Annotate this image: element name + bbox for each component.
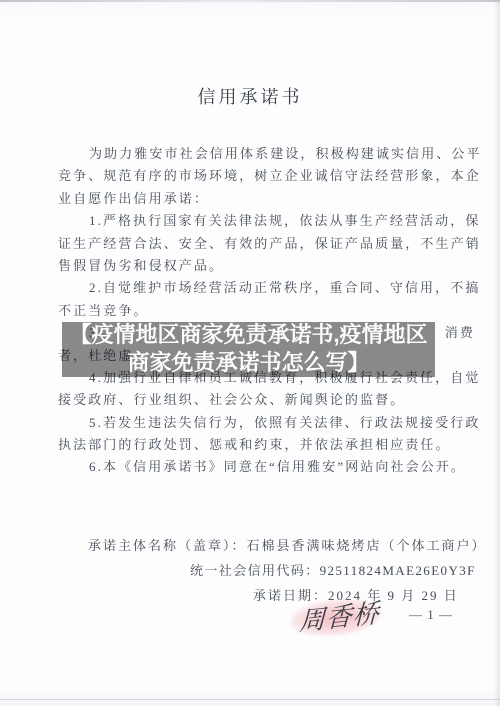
watermark-text-line1: 【疫情地区商家免责承诺书,疫情地区 [62, 321, 435, 349]
doc-line: 竞争、规范有序的市场环境，树立企业诚信守法经营形象，本企 [58, 165, 472, 187]
doc-line: 接受政府、行业组织、社会公众、新闻舆论的监督。 [58, 389, 472, 411]
doc-line: 证生产经营合法、安全、有效的产品，保证产品质量，不生产销 [58, 233, 472, 255]
scan-top-edge-artifact [0, 0, 500, 2]
doc-line: 售假冒伪劣和侵权产品。 [58, 255, 472, 277]
doc-line: 1.严格执行国家有关法律法规，依法从事生产经营活动，保 [58, 210, 472, 232]
watermark-text-line2: 商家免责承诺书怎么写】 [62, 349, 435, 377]
credit-code-line: 统一社会信用代码：92511824MAE26E0Y3F [190, 563, 476, 579]
doc-line: 不正当竞争。 [58, 300, 472, 322]
entity-name-line: 承诺主体名称（盖章）：石棉县香满味烧烤店（个体工商户） [88, 538, 487, 554]
page-number: — 1 — [409, 607, 453, 623]
doc-line: 为助力雅安市社会信用体系建设，积极构建诚实信用、公平 [58, 143, 472, 165]
watermark-banner: 【疫情地区商家免责承诺书,疫情地区 商家免责承诺书怎么写】 [62, 321, 435, 377]
doc-line: 6.本《信用承诺书》同意在“信用雅安”网站向社会公开。 [58, 456, 472, 478]
covered-line-right-fragment: 消费 [445, 322, 475, 344]
doc-line: 2.自觉维护市场经营活动正常秩序，重合同、守信用，不搞 [58, 277, 472, 299]
doc-line: 执法部门的行政处罚、惩戒和约束，并依法承担相应责任。 [58, 434, 472, 456]
document-body: 为助力雅安市社会信用体系建设，积极构建诚实信用、公平 竞争、规范有序的市场环境，… [58, 143, 472, 479]
doc-line: 5.若发生违法失信行为，依照有关法律、行政法规接受行政 [58, 412, 472, 434]
page-title: 信用承诺书 [0, 83, 500, 109]
doc-line: 业自愿作出信用承诺： [58, 188, 472, 210]
scan-bottom-edge-artifact [0, 699, 500, 700]
